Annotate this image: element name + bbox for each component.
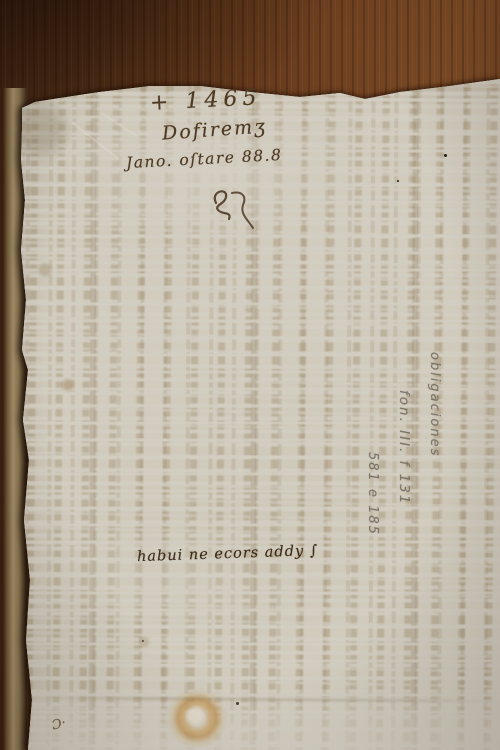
archival-annotation-rotated: 581 e 185: [365, 452, 380, 536]
archival-annotation-rotated: obligaciones: [427, 352, 442, 457]
paper-shadow-wrapper: [0, 0, 500, 750]
archival-annotation-rotated: fon. III. f 131: [396, 390, 412, 506]
ink-speck: [142, 640, 144, 642]
ink-speck: [397, 180, 399, 182]
manuscript-photo: + 1465 Dofiremʒ Jano. oſtare 88.8 habui …: [0, 0, 500, 750]
notary-paraph-flourish: [202, 183, 268, 235]
ink-speck: [444, 154, 447, 157]
ink-speck: [236, 702, 239, 705]
